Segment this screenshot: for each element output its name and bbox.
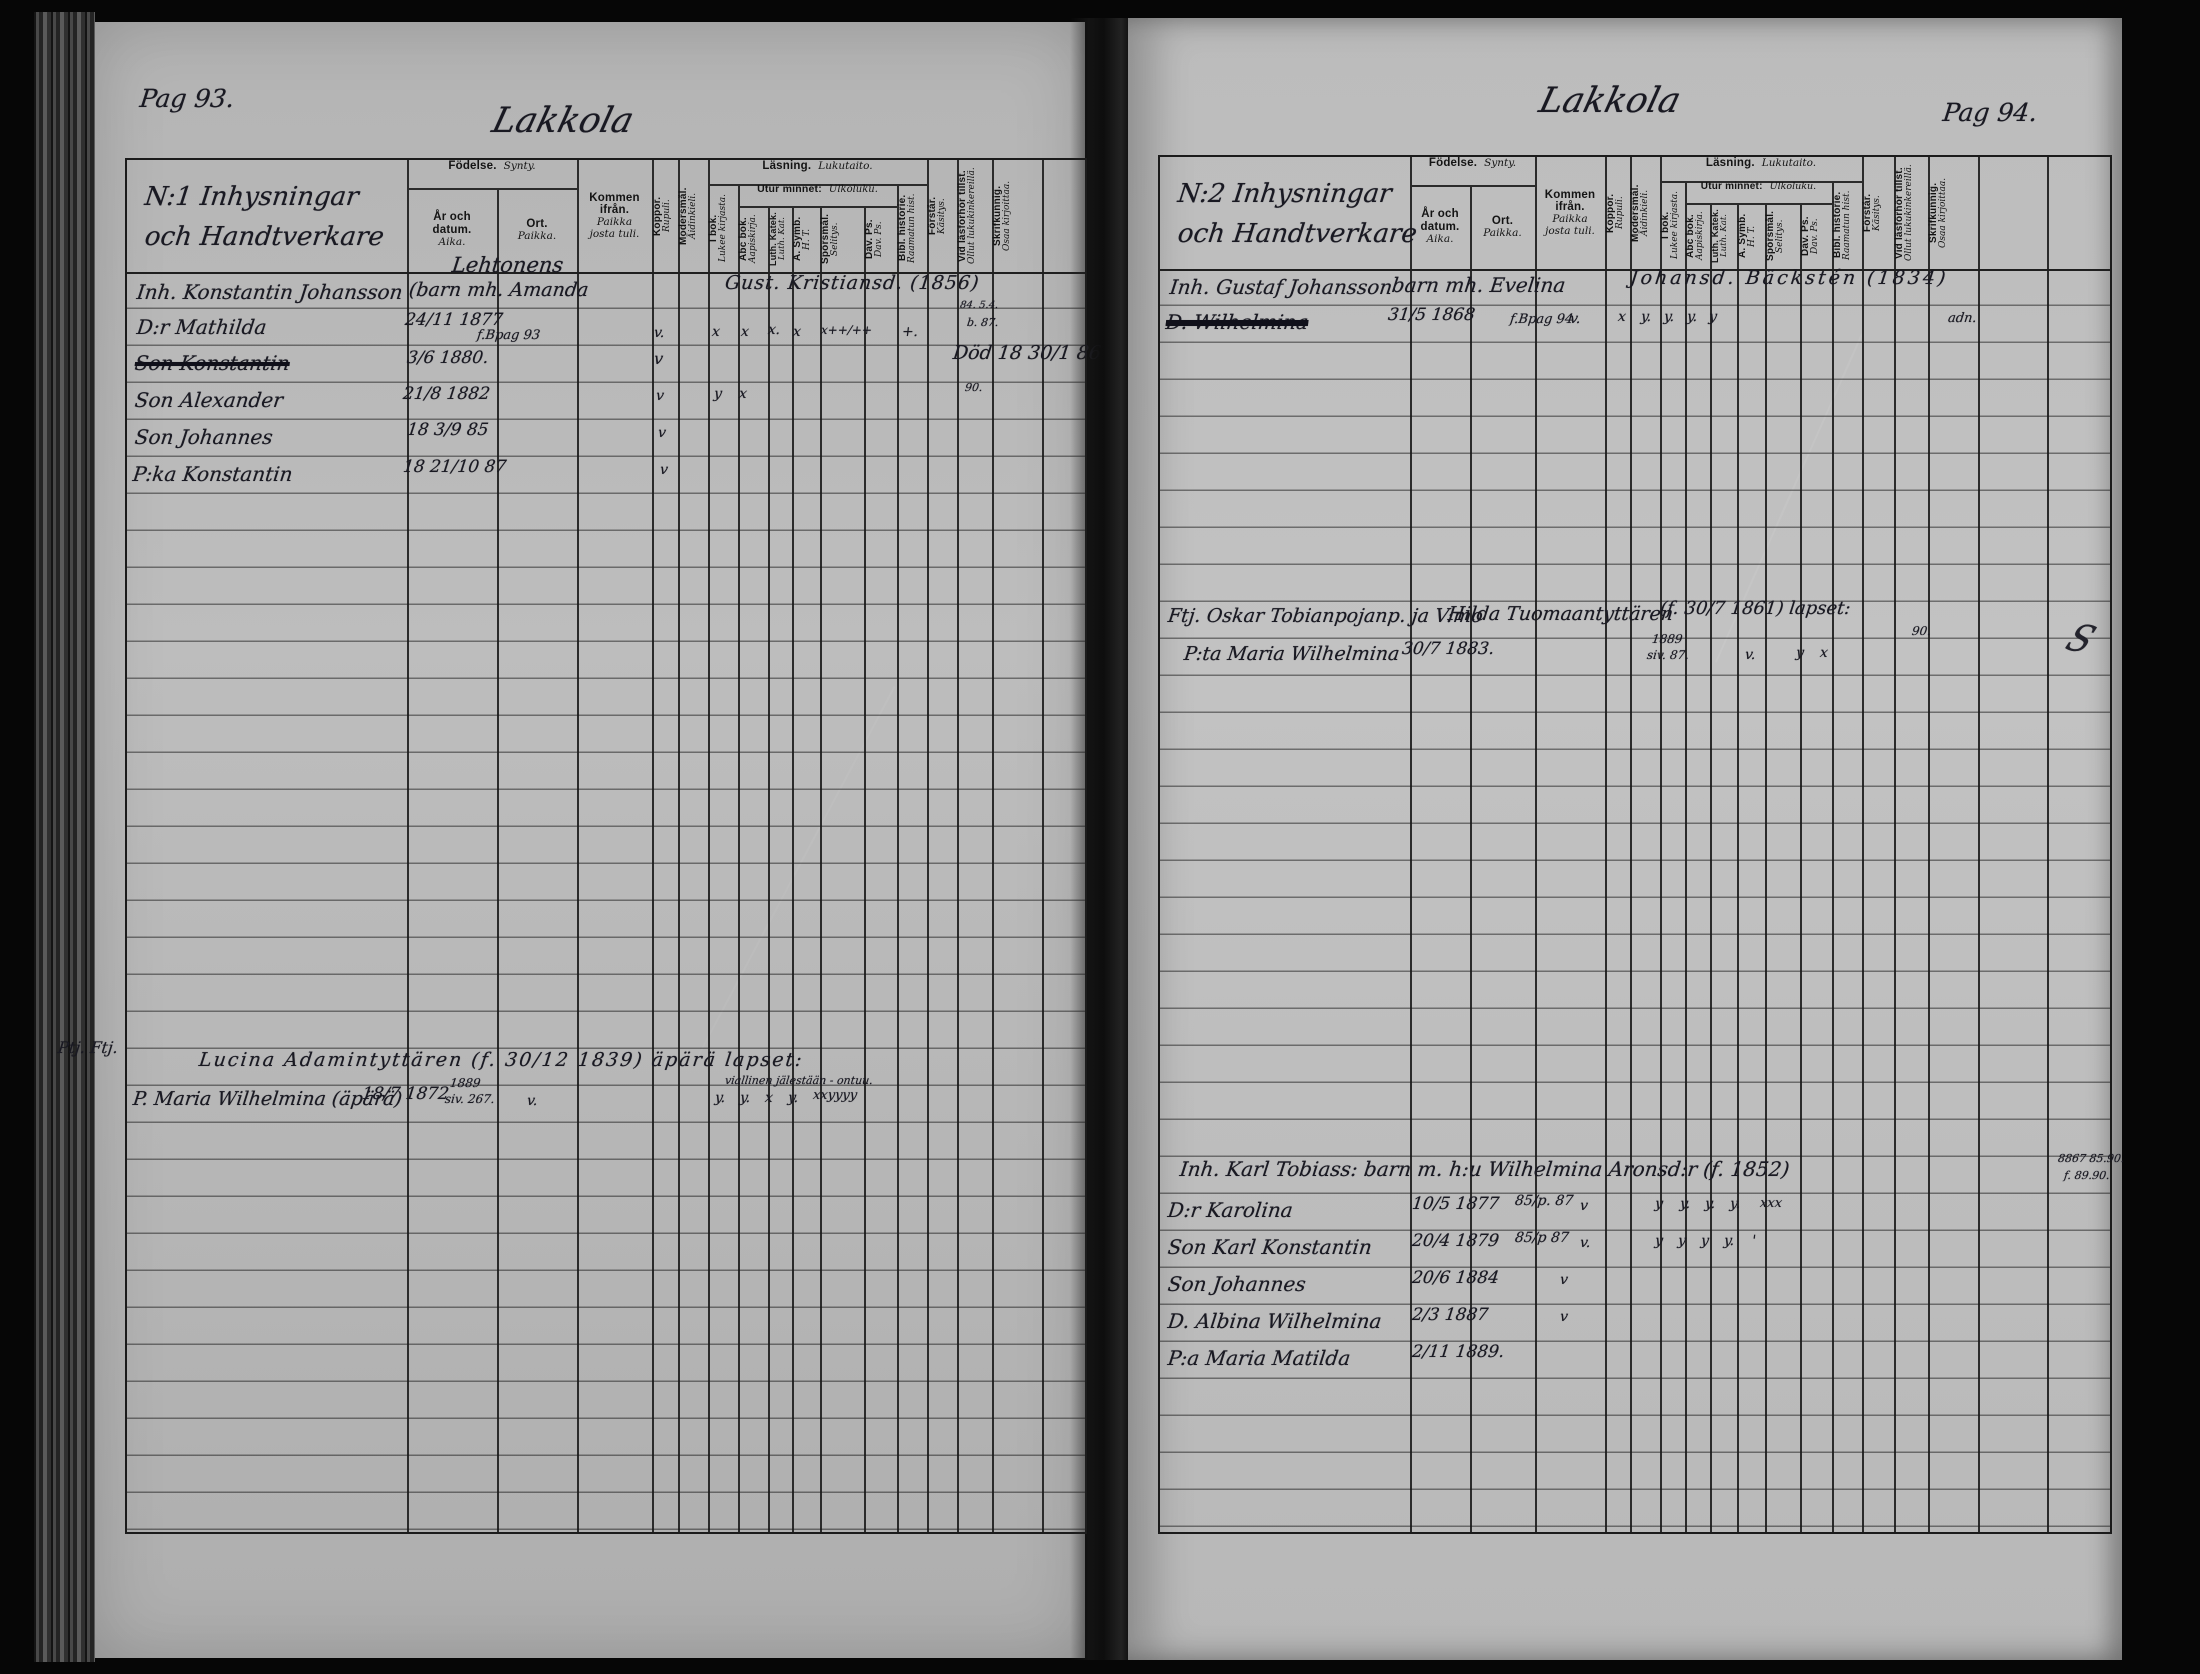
- header-vid: Vid läsförhör tillst. Ollut lukukinkerei…: [957, 160, 992, 276]
- header-ort: Ort. Paikka.: [1470, 185, 1535, 269]
- header-davps-fi: Dav. Ps.: [875, 206, 885, 272]
- entry-name: Inh. Karl Tobiass: barn m. h:u Wilhelmin…: [1179, 1159, 1791, 1179]
- entry-note: 90.: [1911, 625, 1932, 637]
- mark: x: [1617, 310, 1627, 324]
- header-ibok: I bok. Lukee kirjasta.: [708, 184, 738, 276]
- mark: y.: [1663, 310, 1675, 324]
- entry-date: 18 3/9 85: [406, 422, 490, 439]
- entry-name: Inh. Konstantin Johansson: [136, 282, 404, 302]
- header-uturminnet-fi: Ulkoluku.: [829, 184, 878, 195]
- entry-date2: 85/p 87: [1514, 1231, 1569, 1245]
- header-bibl-fi: Raamatun hist.: [908, 184, 918, 272]
- entry-origin: f.Bpag 93: [476, 329, 541, 342]
- mark: y.: [739, 1091, 751, 1105]
- entry-date: 31/5 1868: [1387, 307, 1476, 324]
- header-symb: A. Symb. H. T.: [792, 206, 820, 276]
- entry-date: 2/3 1887: [1411, 1307, 1489, 1324]
- header-lasning-fi: Lukutaito.: [818, 161, 872, 173]
- header-ibok: I bok. Lukee kirjasta.: [1660, 181, 1685, 273]
- header-lasning-fi: Lukutaito.: [1762, 158, 1816, 170]
- entry-date: 3/6 1880.: [406, 350, 490, 367]
- header-koppor-fi: Rupuli.: [1616, 157, 1626, 269]
- entry-name: Lucina Adamintyttären (f. 30/12 1839) äp…: [198, 1051, 805, 1070]
- header-abc: Abc bok. Aapiskirja.: [738, 206, 768, 276]
- mark: y: [1795, 646, 1805, 660]
- mark: x: [711, 325, 721, 339]
- mark: x: [1819, 646, 1829, 660]
- entry-name: D:r Mathilda: [136, 317, 268, 337]
- mark: y.: [1686, 310, 1698, 324]
- header-bibl-fi: Raamatun hist.: [1843, 181, 1853, 269]
- header-luth-fi: Luth. Kat.: [778, 206, 787, 272]
- entry-continuation: barn mh. Evelina: [1391, 275, 1567, 295]
- entry-name: P:a Maria Matilda: [1167, 1348, 1352, 1368]
- entry-note: viallinen jälestään - ontuu.: [724, 1075, 873, 1086]
- header-ibok-fi: Lukee kirjasta.: [1671, 181, 1681, 269]
- header-sporsmal: Spörsmål. Selitys.: [1765, 203, 1800, 273]
- mark: y: [1654, 1197, 1664, 1211]
- entry-name: Inh. Gustaf Johansson: [1169, 277, 1394, 297]
- mark-koppor: v: [1559, 1273, 1569, 1287]
- book-edge-strips: [34, 12, 95, 1662]
- mark: y.: [1679, 1197, 1691, 1211]
- header-kommen: Kommen ifrån. Paikka josta tuli.: [577, 160, 652, 272]
- mark: y: [1677, 1234, 1687, 1248]
- mark: x.: [767, 323, 781, 337]
- header-koppor-fi: Rupuli.: [663, 160, 673, 272]
- header-vid: Vid läsförhör tillst. Ollut lukukinkerei…: [1894, 157, 1928, 273]
- entry-note: 84. 5.4.: [959, 301, 998, 311]
- header-sporsmal: Spörsmål. Selitys.: [820, 206, 864, 276]
- entry-origin: siv. 87.: [1646, 649, 1690, 661]
- entry-continuation: Hilda Tuomaantyttären: [1447, 605, 1674, 624]
- entry-origin: f.Bpag 94: [1509, 313, 1574, 326]
- header-sporsmal-fi: Selitys.: [831, 206, 841, 272]
- mark: y: [1654, 1234, 1664, 1248]
- header-forstar-fi: Käsitys.: [1873, 157, 1883, 269]
- entry-origin: 1889: [449, 1077, 481, 1089]
- header-ar-fi: Aika.: [439, 237, 466, 249]
- mark: xxyyyy: [812, 1089, 858, 1102]
- entry-name: Ftj. Oskar Tobianpojanp. ja V:mo: [1167, 607, 1484, 626]
- header-fodelse-sv: Födelse.: [448, 160, 496, 173]
- margin-note: f. 89.90.: [2063, 1170, 2110, 1181]
- mark: y.: [787, 1091, 799, 1105]
- mark: y: [1700, 1234, 1710, 1248]
- entry-name: D:r Karolina: [1167, 1200, 1294, 1220]
- entry-date: 30/7 1883.: [1401, 641, 1495, 658]
- header-abc-fi: Aapiskirja.: [1696, 203, 1706, 269]
- header-symb: A. Symb. H. T.: [1737, 203, 1765, 273]
- header-skrift-fi: Osaa kirjoittaa.: [1939, 157, 1949, 269]
- mark: x: [764, 1091, 774, 1105]
- entry-continuation: Johansd. Bäckstén (1834): [1629, 269, 1950, 288]
- page-number-right: Pag 94.: [1941, 100, 2038, 125]
- scanned-register-spread: Pag 93. Lakkola: [0, 0, 2200, 1674]
- header-uturminnet-sv: Utur minnet:: [1701, 181, 1763, 192]
- header-ort-fi: Paikka.: [518, 231, 557, 243]
- header-kommen-sv: Kommen ifrån.: [582, 192, 648, 218]
- header-uturminnet: Utur minnet: Ulkoluku.: [1685, 181, 1832, 203]
- mark: x: [740, 325, 750, 339]
- header-ort-fi: Paikka.: [1483, 228, 1522, 240]
- header-fodelse: Födelse. Synty.: [407, 160, 577, 188]
- entry-origin-over: Lehtonens: [451, 255, 565, 276]
- header-koppor: Koppor. Rupuli.: [652, 160, 678, 276]
- header-ibok-fi: Lukee kirjasta.: [719, 184, 729, 272]
- mark: y.: [714, 1091, 726, 1105]
- header-vid-fi: Ollut lukukinkereillä.: [968, 160, 978, 272]
- mark-koppor: v: [1579, 1199, 1589, 1213]
- header-kommen-fi: Paikka josta tuli.: [585, 217, 645, 240]
- header-luth: Luth. Katek. Luth. Kat.: [768, 206, 792, 276]
- entry-date: 24/11 1877: [404, 312, 504, 329]
- section-title-line1: N:2 Inhysningar: [1176, 181, 1393, 207]
- entry-name: Son Alexander: [134, 390, 284, 410]
- row-ruling: [1160, 269, 2110, 1532]
- mark-koppor: v: [655, 389, 665, 403]
- header-koppor: Koppor. Rupuli.: [1605, 157, 1630, 273]
- entry-date: 20/4 1879: [1411, 1233, 1500, 1250]
- header-modersmal-fi: Äidinkieli.: [1641, 157, 1651, 269]
- header-davps: Dav. Ps. Dav. Ps.: [1800, 203, 1832, 273]
- entry-continuation: Gust. Kristiansd. (1856): [724, 274, 981, 293]
- header-uturminnet: Utur minnet: Ulkoluku.: [738, 184, 897, 206]
- entry-name: P:ka Konstantin: [132, 464, 294, 484]
- entry-note: b. 87.: [966, 317, 999, 328]
- mark-koppor: v.: [1579, 1236, 1591, 1250]
- mark-koppor: v: [659, 463, 669, 477]
- header-bibl: Bibl. historie. Raamatun hist.: [897, 184, 927, 276]
- header-ar-sv: År och datum.: [421, 211, 483, 237]
- entry-date: 20/6 1884: [1411, 1270, 1500, 1287]
- page-number-left: Pag 93.: [138, 86, 235, 111]
- mark-koppor: v.: [1744, 648, 1756, 662]
- mark: y: [713, 387, 723, 401]
- place-title-left: Lakkola: [489, 104, 637, 139]
- header-ort-sv: Ort.: [526, 218, 547, 231]
- margin-note: 8867 85.90.: [2057, 1153, 2125, 1164]
- header-sporsmal-fi: Selitys.: [1776, 203, 1786, 269]
- header-lasning-sv: Läsning.: [762, 160, 811, 173]
- mark-koppor: v: [657, 426, 667, 440]
- register-table-right: Födelse. Synty. År och datum. Aika. Ort.…: [1158, 155, 2112, 1534]
- mark: y.: [1704, 1197, 1716, 1211]
- mark-koppor: v.: [653, 326, 665, 340]
- entry-name: D. Albina Wilhelmina: [1167, 1311, 1383, 1331]
- entry-name: Son Karl Konstantin: [1167, 1237, 1373, 1257]
- entry-date: 10/5 1877: [1411, 1196, 1500, 1213]
- entry-date: 18 21/10 87: [402, 459, 507, 476]
- page-right: Lakkola Pag 94.: [1128, 18, 2122, 1660]
- mark-koppor: v.: [526, 1094, 538, 1108]
- section-title-line2: och Handtverkare: [1176, 221, 1418, 247]
- header-fodelse: Födelse. Synty.: [1410, 157, 1535, 185]
- header-skrift-fi: Osaa kirjoittaa.: [1003, 160, 1013, 272]
- header-forstar: Förstår. Käsitys.: [927, 160, 957, 276]
- entry-note: 90.: [964, 382, 983, 393]
- header-bibl: Bibl. historie. Raamatun hist.: [1832, 181, 1862, 273]
- header-symb-fi: H. T.: [1748, 203, 1758, 269]
- mark: x: [792, 325, 802, 339]
- place-title-right: Lakkola: [1536, 84, 1684, 119]
- header-lasning: Läsning. Lukutaito.: [1660, 157, 1862, 181]
- entry-name: P:ta Maria Wilhelmina: [1183, 645, 1401, 664]
- mark-koppor: v.: [1569, 312, 1581, 326]
- mark: x: [738, 387, 748, 401]
- section-title-line2: och Handtverkare: [143, 224, 385, 250]
- header-modersmal: Modersmål. Äidinkieli.: [678, 160, 708, 276]
- header-forstar-fi: Käsitys.: [938, 160, 948, 272]
- mark: x++/++: [820, 324, 873, 336]
- header-luth-fi: Luth. Kat.: [1720, 203, 1729, 269]
- header-forstar: Förstår. Käsitys.: [1862, 157, 1894, 273]
- header-modersmal-fi: Äidinkieli.: [689, 160, 699, 272]
- mark: y.: [1729, 1197, 1741, 1211]
- mark: xxx: [1759, 1197, 1783, 1210]
- header-kommen-sv: Kommen ifrån.: [1538, 189, 1602, 215]
- register-table-left: Födelse. Synty. År och datum. Aika. Ort.…: [125, 158, 1087, 1534]
- entry-name: Son Johannes: [134, 427, 274, 447]
- entry-date: 21/8 1882: [402, 386, 491, 403]
- mark: y.: [1640, 310, 1652, 324]
- header-fodelse-sv: Födelse.: [1429, 157, 1477, 170]
- header-fodelse-fi: Synty.: [504, 161, 536, 173]
- header-abc: Abc bok. Aapiskirja.: [1685, 203, 1710, 273]
- header-kommen: Kommen ifrån. Paikka josta tuli.: [1535, 157, 1605, 269]
- mark: y.: [1723, 1234, 1735, 1248]
- header-luth: Luth. Katek. Luth. Kat.: [1710, 203, 1737, 273]
- header-ort-sv: Ort.: [1492, 215, 1513, 228]
- entry-name: Son Johannes: [1167, 1274, 1307, 1294]
- entry-origin: siv. 267.: [444, 1093, 495, 1105]
- header-vid-fi: Ollut lukukinkereillä.: [1905, 157, 1915, 269]
- header-lasning: Läsning. Lukutaito.: [708, 160, 927, 184]
- entry-date: 18/7 1872: [361, 1086, 450, 1103]
- header-abc-fi: Aapiskirja.: [749, 206, 759, 272]
- entry-continuation: (barn mh. Amanda: [408, 281, 590, 300]
- entry-name-struck: D. Wilhelmina: [1165, 312, 1310, 332]
- entry-continuation: (f. 30/7 1861) lapset:: [1659, 600, 1852, 618]
- header-skrift: Skrifkunnig. Osaa kirjoittaa.: [1928, 157, 1978, 273]
- entry-note: adn.: [1947, 312, 1977, 325]
- entry-name-struck: Son Konstantin: [134, 353, 291, 373]
- mark-koppor: v: [1559, 1310, 1569, 1324]
- header-uturminnet-fi: Ulkoluku.: [1770, 182, 1817, 192]
- header-skrift: Skrifkunnig. Osaa kirjoittaa.: [992, 160, 1042, 276]
- header-lasning-sv: Läsning.: [1706, 157, 1755, 170]
- header-ar-sv: År och datum.: [1411, 208, 1469, 234]
- header-fodelse-fi: Synty.: [1484, 158, 1516, 170]
- header-ar: År och datum. Aika.: [1410, 185, 1470, 269]
- section-title-line1: N:1 Inhysningar: [143, 184, 360, 210]
- margin-prefix: Ptj. Ftj.: [57, 1040, 119, 1056]
- header-uturminnet-sv: Utur minnet:: [757, 184, 822, 196]
- page-left: Pag 93. Lakkola: [95, 22, 1085, 1658]
- header-symb-fi: H. T.: [803, 206, 813, 272]
- header-kommen-fi: Paikka josta tuli.: [1541, 214, 1599, 237]
- header-davps: Dav. Ps. Dav. Ps.: [864, 206, 897, 276]
- entry-origin: 1889: [1651, 633, 1683, 645]
- entry-date: 2/11 1889.: [1411, 1344, 1505, 1361]
- header-ar-fi: Aika.: [1427, 234, 1454, 246]
- header-davps-fi: Dav. Ps.: [1811, 203, 1821, 269]
- entry-date2: 85/p. 87: [1514, 1194, 1574, 1208]
- mark: y: [1708, 310, 1718, 324]
- mark: +.: [901, 325, 919, 339]
- header-modersmal: Modersmål. Äidinkieli.: [1630, 157, 1660, 273]
- row-ruling: [127, 272, 1085, 1532]
- entry-note-death: Död 18 30/1 86: [952, 344, 1102, 363]
